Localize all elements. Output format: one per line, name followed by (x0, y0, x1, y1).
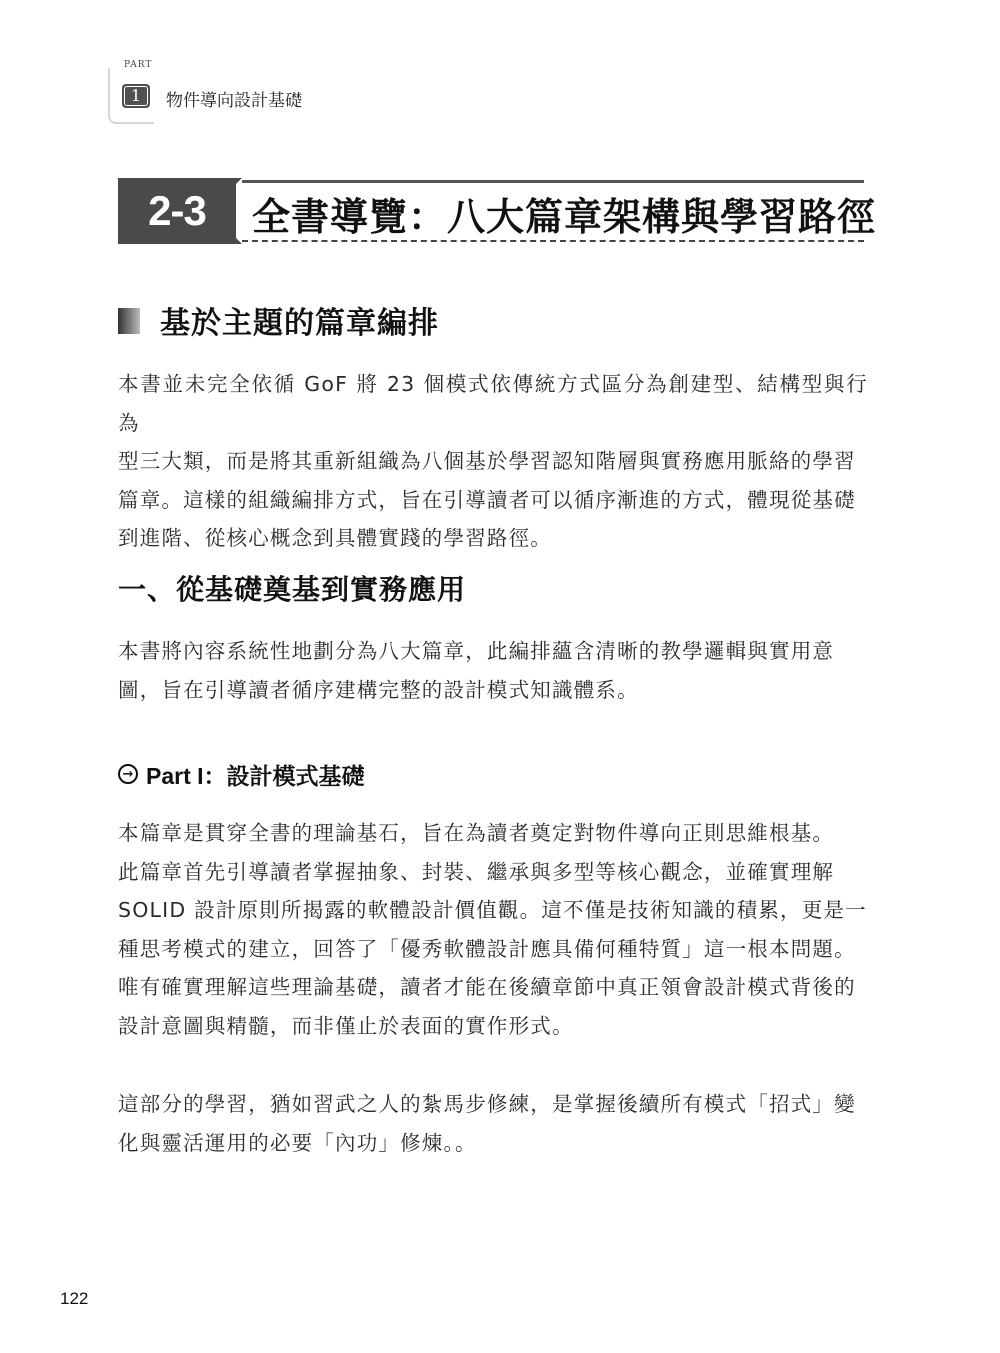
text-line: SOLID 設計原則所揭露的軟體設計價值觀。這不僅是技術知識的積累，更是一 (118, 891, 868, 930)
part-one-title: Part I：設計模式基礎 (146, 758, 365, 791)
text-line: 篇章。這樣的組織編排方式，旨在引導讀者可以循序漸進的方式，體現從基礎 (118, 481, 868, 520)
part-one-paragraph: 本篇章是貫穿全書的理論基石，旨在為讀者奠定對物件導向正則思維根基。 此篇章首先引… (118, 814, 868, 1045)
subsection-title: 基於主題的篇章編排 (160, 298, 439, 342)
text-line: 到進階、從核心概念到具體實踐的學習路徑。 (118, 519, 868, 558)
part-title: 物件導向設計基礎 (166, 86, 302, 111)
text-line: 此篇章首先引導讀者掌握抽象、封裝、繼承與多型等核心觀念，並確實理解 (118, 853, 868, 892)
text-line: 這部分的學習，猶如習武之人的紮馬步修練，是掌握後續所有模式「招式」變 (118, 1085, 868, 1124)
section-heading: 全書導覽：八大篇章架構與學習路徑 (252, 186, 876, 241)
arrow-circle-right-icon: → (118, 764, 138, 784)
part-label: PART (122, 60, 154, 70)
text-line: 圖，旨在引導讀者循序建構完整的設計模式知識體系。 (118, 671, 868, 710)
text-line: 本書並未完全依循 GoF 將 23 個模式依傳統方式區分為創建型、結構型與行為 (118, 365, 868, 442)
part-number: 1 (124, 86, 148, 106)
section-top-rule (242, 180, 864, 183)
section-dashed-rule (242, 240, 864, 242)
part-one-analogy-paragraph: 這部分的學習，猶如習武之人的紮馬步修練，是掌握後續所有模式「招式」變 化與靈活運… (118, 1085, 868, 1162)
gradient-square-icon (118, 308, 140, 334)
part-number-badge: 1 (122, 84, 150, 108)
text-line: 種思考模式的建立，回答了「優秀軟體設計應具備何種特質」這一根本問題。 (118, 930, 868, 969)
part-one-heading: → Part I：設計模式基礎 (118, 758, 365, 790)
heading-foundation-to-practice: 一、從基礎奠基到實務應用 (118, 568, 466, 608)
overview-paragraph: 本書將內容系統性地劃分為八大篇章，此編排蘊含清晰的教學邏輯與實用意 圖，旨在引導… (118, 632, 868, 709)
text-line: 設計意圖與精髓，而非僅止於表面的實作形式。 (118, 1007, 868, 1046)
text-line: 化與靈活運用的必要「內功」修煉。。 (118, 1124, 868, 1163)
text-line: 本篇章是貫穿全書的理論基石，旨在為讀者奠定對物件導向正則思維根基。 (118, 814, 868, 853)
running-header: PART 1 物件導向設計基礎 (108, 62, 368, 122)
text-line: 唯有確實理解這些理論基礎，讀者才能在後續章節中真正領會設計模式背後的 (118, 968, 868, 1007)
text-line: 本書將內容系統性地劃分為八大篇章，此編排蘊含清晰的教學邏輯與實用意 (118, 632, 868, 671)
section-title: 2-3 全書導覽：八大篇章架構與學習路徑 (118, 178, 864, 244)
intro-paragraph: 本書並未完全依循 GoF 將 23 個模式依傳統方式區分為創建型、結構型與行為 … (118, 365, 868, 558)
section-number: 2-3 (118, 178, 236, 244)
text-line: 型三大類，而是將其重新組織為八個基於學習認知階層與實務應用脈絡的學習 (118, 442, 868, 481)
page-number: 122 (60, 1289, 88, 1309)
